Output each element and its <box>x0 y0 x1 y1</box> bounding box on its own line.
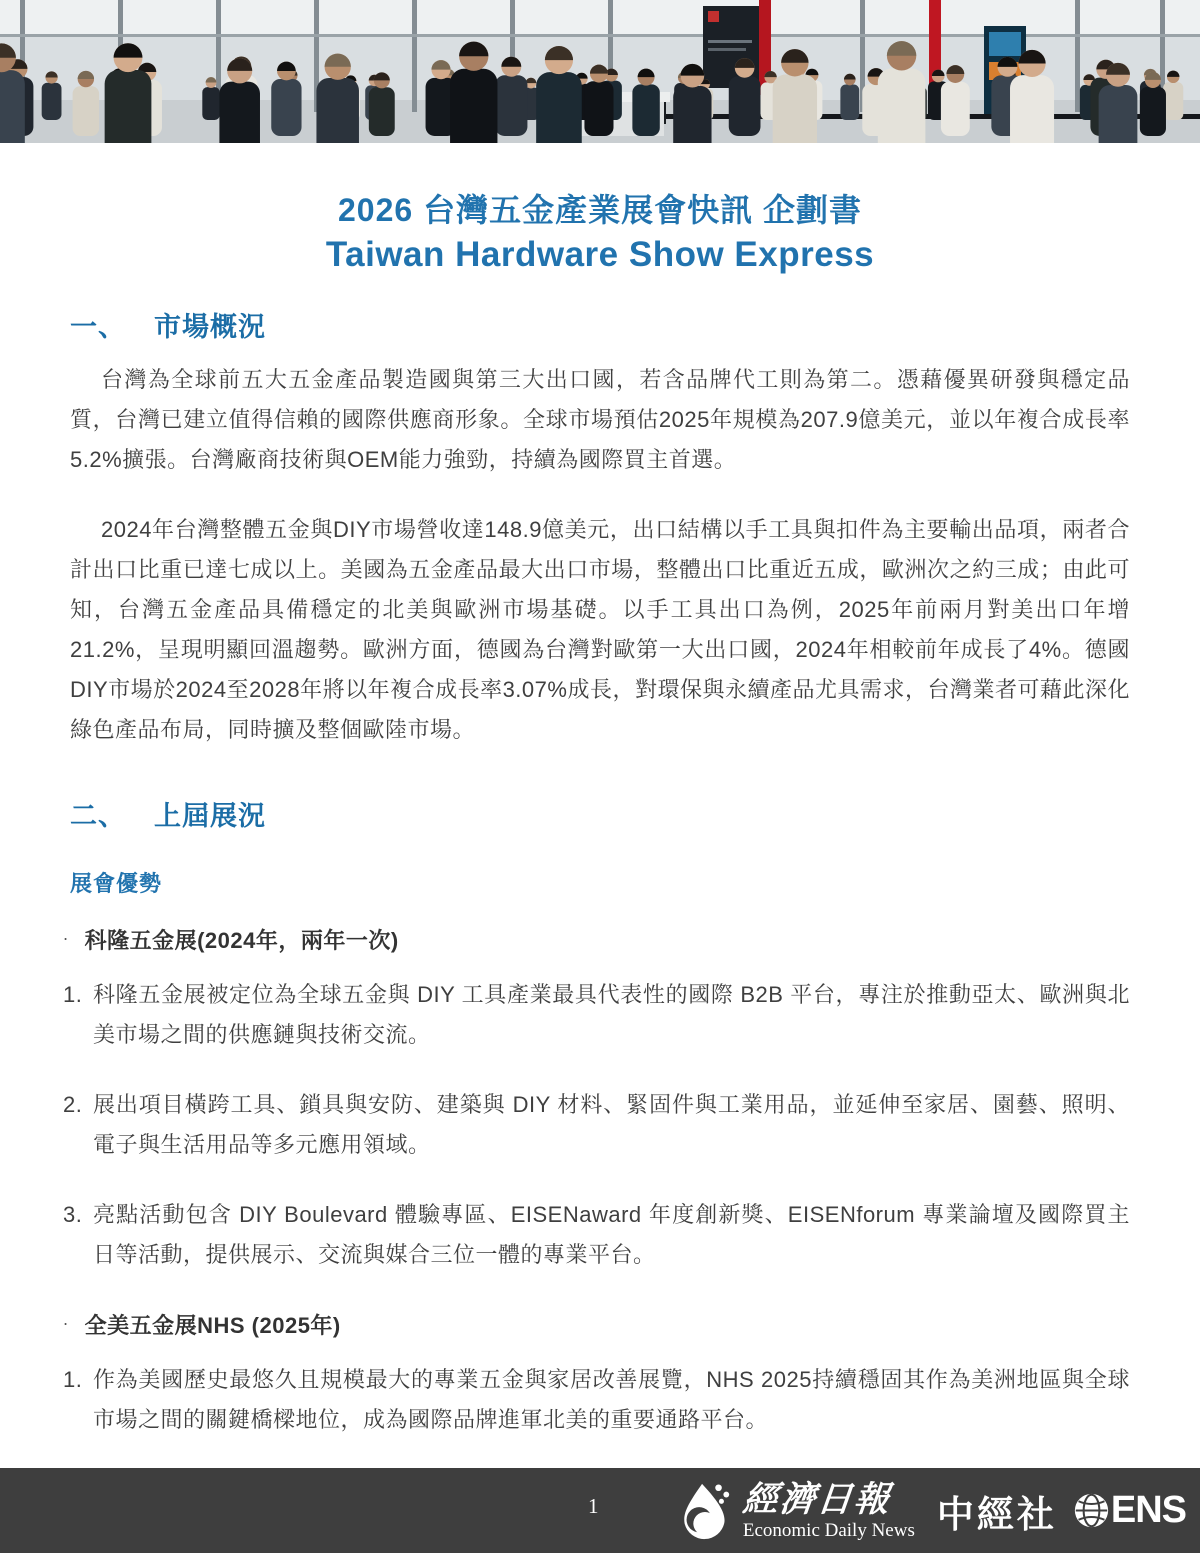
doc-title-zh: 2026 台灣五金產業展會快訊 企劃書 <box>70 185 1130 231</box>
section-1-number: 一、 <box>70 312 126 342</box>
header-photo <box>0 0 1200 143</box>
exhibition-1-label: ‧科隆五金展(2024年，兩年一次) <box>63 924 1130 955</box>
cna-label: 中經社 <box>937 1484 1057 1538</box>
exhibition-1-name: 科隆五金展(2024年，兩年一次) <box>85 928 399 953</box>
edn-logo-text: 經濟日報 Economic Daily News <box>743 1482 915 1540</box>
edn-logo: 經濟日報 Economic Daily News <box>673 1480 915 1542</box>
footer-logos: 經濟日報 Economic Daily News 中經社 ENS <box>673 1468 1186 1553</box>
cens-globe-icon <box>1073 1492 1110 1529</box>
cens-logo: ENS <box>1073 1489 1186 1532</box>
exhibition-2-name: 全美五金展NHS (2025年) <box>85 1313 341 1338</box>
exhibition-1-point-3: 亮點活動包含 DIY Boulevard 體驗專區、EISENaward 年度創… <box>93 1195 1130 1275</box>
footer-bar: 1 經濟日報 Economic Daily News 中經社 <box>0 1468 1200 1553</box>
document-content: 2026 台灣五金產業展會快訊 企劃書 Taiwan Hardware Show… <box>0 143 1200 1470</box>
exhibition-1-point-1: 科隆五金展被定位為全球五金與 DIY 工具產業最具代表性的國際 B2B 平台，專… <box>93 975 1130 1055</box>
section-1-title: 市場概況 <box>154 312 266 342</box>
section-2-title: 上屆展況 <box>154 801 266 831</box>
edn-drop-icon <box>673 1480 735 1542</box>
edn-name-zh: 經濟日報 <box>741 1482 917 1517</box>
market-overview-paragraph-1: 台灣為全球前五大五金產品製造國與第三大出口國，若含品牌代工則為第二。憑藉優異研發… <box>70 360 1130 480</box>
bullet-dot-icon: ‧ <box>63 1317 69 1334</box>
edn-name-en: Economic Daily News <box>743 1521 915 1540</box>
list-marker: 1. <box>63 1360 93 1440</box>
list-item: 2. 展出項目橫跨工具、鎖具與安防、建築與 DIY 材料、緊固件與工業用品，並延… <box>63 1085 1130 1165</box>
bullet-dot-icon: ‧ <box>63 932 69 949</box>
page-number: 1 <box>588 1494 599 1519</box>
list-marker: 2. <box>63 1085 93 1165</box>
market-overview-paragraph-2: 2024年台灣整體五金與DIY市場營收達148.9億美元，出口結構以手工具與扣件… <box>70 510 1130 750</box>
subheading-exhibition-advantages: 展會優勢 <box>70 867 1130 898</box>
list-item: 1. 作為美國歷史最悠久且規模最大的專業五金與家居改善展覽，NHS 2025持續… <box>63 1360 1130 1440</box>
cens-text: ENS <box>1111 1489 1186 1532</box>
section-1-heading: 一、市場概況 <box>70 305 1130 344</box>
doc-title-en: Taiwan Hardware Show Express <box>70 235 1130 275</box>
list-item: 1. 科隆五金展被定位為全球五金與 DIY 工具產業最具代表性的國際 B2B 平… <box>63 975 1130 1055</box>
list-marker: 1. <box>63 975 93 1055</box>
trade-show-scene <box>0 0 1200 143</box>
section-2-heading: 二、上屆展況 <box>70 794 1130 833</box>
exhibition-2-label: ‧全美五金展NHS (2025年) <box>63 1309 1130 1340</box>
section-2-number: 二、 <box>70 801 126 831</box>
document-page: 2026 台灣五金產業展會快訊 企劃書 Taiwan Hardware Show… <box>0 0 1200 1553</box>
exhibition-2-point-1: 作為美國歷史最悠久且規模最大的專業五金與家居改善展覽，NHS 2025持續穩固其… <box>93 1360 1130 1440</box>
list-marker: 3. <box>63 1195 93 1275</box>
exhibition-1-point-2: 展出項目橫跨工具、鎖具與安防、建築與 DIY 材料、緊固件與工業用品，並延伸至家… <box>93 1085 1130 1165</box>
list-item: 3. 亮點活動包含 DIY Boulevard 體驗專區、EISENaward … <box>63 1195 1130 1275</box>
